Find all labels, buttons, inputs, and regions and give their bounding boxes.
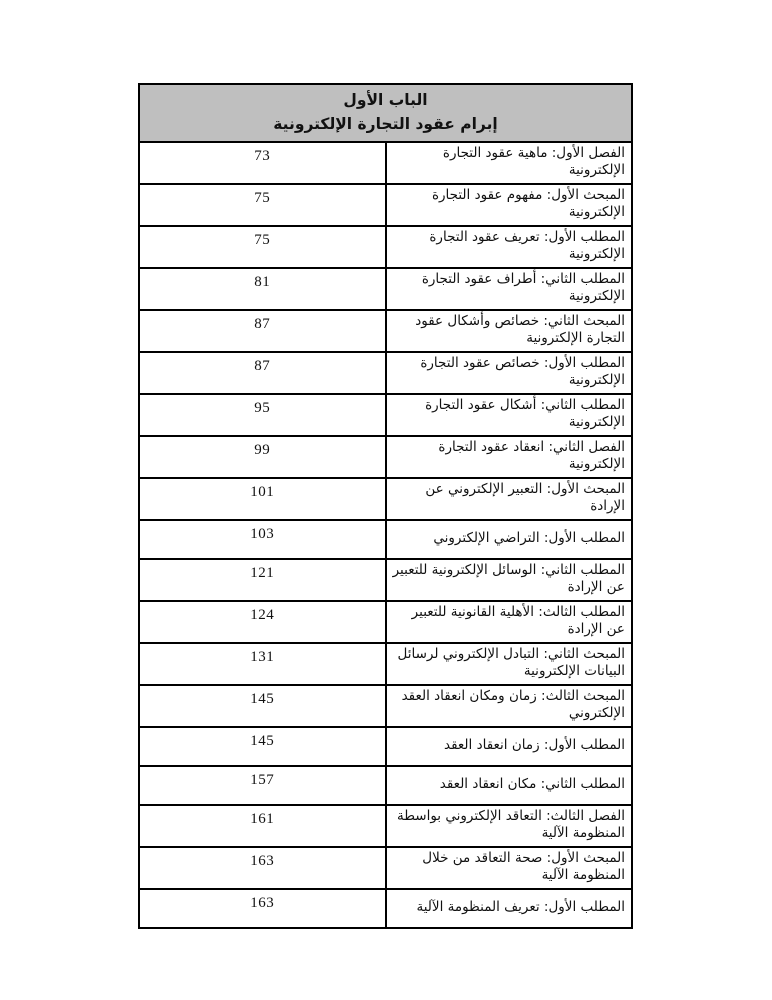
- entry-title-cell: الفصل الثالث: التعاقد الإلكتروني بواسطة …: [386, 805, 633, 847]
- toc-row: 145 المطلب الأول: زمان انعقاد العقد: [139, 727, 632, 766]
- page-number-cell: 75: [139, 184, 386, 226]
- entry-title-cell: المبحث الأول: مفهوم عقود التجارة الإلكتر…: [386, 184, 633, 226]
- scanned-document-page: الباب الأول إبرام عقود التجارة الإلكترون…: [0, 0, 772, 1000]
- entry-title-cell: المبحث الثالث: زمان ومكان انعقاد العقد ا…: [386, 685, 633, 727]
- page-number-cell: 103: [139, 520, 386, 559]
- entry-title-cell: المطلب الثاني: أطراف عقود التجارة الإلكت…: [386, 268, 633, 310]
- toc-row: 101 المبحث الأول: التعبير الإلكتروني عن …: [139, 478, 632, 520]
- page-number-cell: 163: [139, 847, 386, 889]
- toc-row: 99 الفصل الثاني: انعقاد عقود التجارة الإ…: [139, 436, 632, 478]
- entry-title-cell: المطلب الثالث: الأهلية القانونية للتعبير…: [386, 601, 633, 643]
- toc-row: 103 المطلب الأول: التراضي الإلكتروني: [139, 520, 632, 559]
- entry-title-cell: المطلب الثاني: مكان انعقاد العقد: [386, 766, 633, 805]
- toc-row: 163 المطلب الأول: تعريف المنظومة الآلية: [139, 889, 632, 928]
- toc-row: 87 المطلب الأول: خصائص عقود التجارة الإل…: [139, 352, 632, 394]
- entry-title-cell: المطلب الأول: تعريف عقود التجارة الإلكتر…: [386, 226, 633, 268]
- page-number-cell: 145: [139, 727, 386, 766]
- page-number-cell: 145: [139, 685, 386, 727]
- entry-title-cell: المطلب الأول: التراضي الإلكتروني: [386, 520, 633, 559]
- toc-header-cell: الباب الأول إبرام عقود التجارة الإلكترون…: [139, 84, 632, 142]
- toc-row: 75 المبحث الأول: مفهوم عقود التجارة الإل…: [139, 184, 632, 226]
- page-number-cell: 157: [139, 766, 386, 805]
- page-number-cell: 131: [139, 643, 386, 685]
- toc-table-head: الباب الأول إبرام عقود التجارة الإلكترون…: [139, 84, 632, 142]
- page-number-cell: 87: [139, 310, 386, 352]
- toc-row: 87 المبحث الثاني: خصائص وأشكال عقود التج…: [139, 310, 632, 352]
- toc-header-row: الباب الأول إبرام عقود التجارة الإلكترون…: [139, 84, 632, 142]
- entry-title-cell: المطلب الثاني: الوسائل الإلكترونية للتعب…: [386, 559, 633, 601]
- toc-row: 157 المطلب الثاني: مكان انعقاد العقد: [139, 766, 632, 805]
- toc-row: 81 المطلب الثاني: أطراف عقود التجارة الإ…: [139, 268, 632, 310]
- part-title: الباب الأول: [140, 88, 631, 112]
- entry-title-cell: الفصل الأول: ماهية عقود التجارة الإلكترو…: [386, 142, 633, 184]
- part-subtitle: إبرام عقود التجارة الإلكترونية: [140, 112, 631, 136]
- entry-title-cell: المطلب الثاني: أشكال عقود التجارة الإلكت…: [386, 394, 633, 436]
- toc-table: الباب الأول إبرام عقود التجارة الإلكترون…: [138, 83, 633, 929]
- page-number-cell: 124: [139, 601, 386, 643]
- page-number-cell: 75: [139, 226, 386, 268]
- entry-title-cell: المطلب الأول: زمان انعقاد العقد: [386, 727, 633, 766]
- page-number-cell: 121: [139, 559, 386, 601]
- entry-title-cell: المبحث الأول: التعبير الإلكتروني عن الإر…: [386, 478, 633, 520]
- entry-title-cell: المبحث الأول: صحة التعاقد من خلال المنظو…: [386, 847, 633, 889]
- entry-title-cell: الفصل الثاني: انعقاد عقود التجارة الإلكت…: [386, 436, 633, 478]
- entry-title-cell: المبحث الثاني: التبادل الإلكتروني لرسائل…: [386, 643, 633, 685]
- page-number-cell: 101: [139, 478, 386, 520]
- page-number-cell: 87: [139, 352, 386, 394]
- toc-row: 124 المطلب الثالث: الأهلية القانونية للت…: [139, 601, 632, 643]
- page-number-cell: 163: [139, 889, 386, 928]
- toc-table-body: 73 الفصل الأول: ماهية عقود التجارة الإلك…: [139, 142, 632, 928]
- toc-row: 163 المبحث الأول: صحة التعاقد من خلال ال…: [139, 847, 632, 889]
- toc-row: 131 المبحث الثاني: التبادل الإلكتروني لر…: [139, 643, 632, 685]
- entry-title-cell: المطلب الأول: تعريف المنظومة الآلية: [386, 889, 633, 928]
- page-number-cell: 95: [139, 394, 386, 436]
- toc-row: 95 المطلب الثاني: أشكال عقود التجارة الإ…: [139, 394, 632, 436]
- page-number-cell: 81: [139, 268, 386, 310]
- toc-row: 75 المطلب الأول: تعريف عقود التجارة الإل…: [139, 226, 632, 268]
- toc-row: 145 المبحث الثالث: زمان ومكان انعقاد الع…: [139, 685, 632, 727]
- toc-row: 121 المطلب الثاني: الوسائل الإلكترونية ل…: [139, 559, 632, 601]
- toc-row: 161 الفصل الثالث: التعاقد الإلكتروني بوا…: [139, 805, 632, 847]
- toc-row: 73 الفصل الأول: ماهية عقود التجارة الإلك…: [139, 142, 632, 184]
- entry-title-cell: المطلب الأول: خصائص عقود التجارة الإلكتر…: [386, 352, 633, 394]
- page-number-cell: 161: [139, 805, 386, 847]
- entry-title-cell: المبحث الثاني: خصائص وأشكال عقود التجارة…: [386, 310, 633, 352]
- page-number-cell: 73: [139, 142, 386, 184]
- page-number-cell: 99: [139, 436, 386, 478]
